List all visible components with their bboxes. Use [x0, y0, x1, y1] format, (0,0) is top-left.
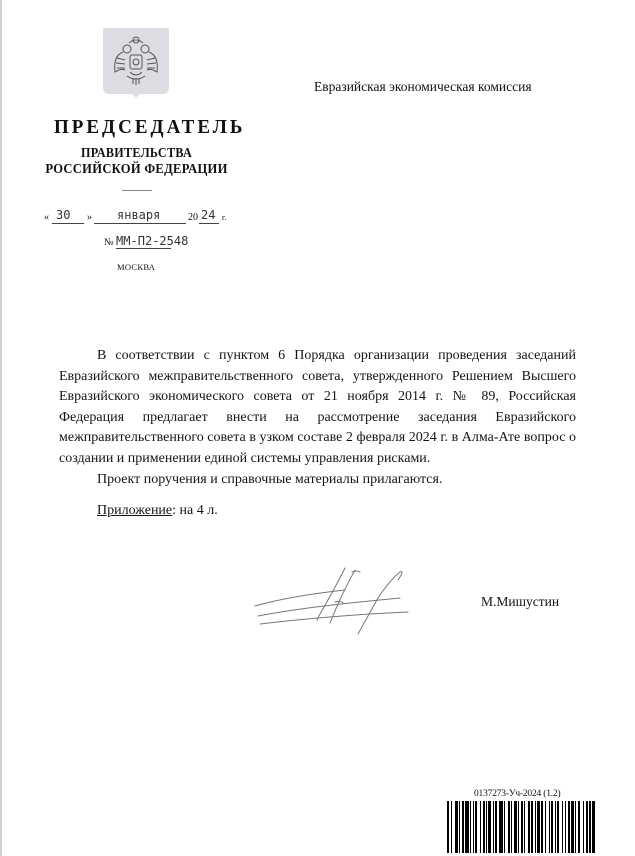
- letterhead-divider: [122, 190, 152, 191]
- number-value: ММ-П2-2548: [116, 234, 188, 248]
- number-underline: [116, 248, 171, 249]
- emblem-tip: [131, 92, 141, 98]
- signer-name: М.Мишустин: [481, 594, 559, 610]
- body-paragraph-2: Проект поручения и справочные материалы …: [59, 470, 576, 491]
- barcode-space: [595, 801, 597, 853]
- number-sign: №: [104, 237, 114, 248]
- date-month-underline: [94, 223, 186, 224]
- letterhead-subtitle-1: ПРАВИТЕЛЬСТВА: [50, 145, 224, 161]
- date-open-quote: «: [44, 212, 49, 223]
- barcode-label: 0137273-Уч-2024 (1.2): [474, 789, 560, 799]
- double-headed-eagle-icon: [103, 28, 169, 94]
- city: МОСКВА: [117, 262, 155, 272]
- attachment-label: Приложение: [97, 503, 172, 518]
- letterhead-title: ПРЕДСЕДАТЕЛЬ: [54, 116, 219, 139]
- letter-body: В соответствии с пунктом 6 Порядка орган…: [59, 346, 576, 522]
- attachment-line: Приложение: на 4 л.: [59, 501, 576, 522]
- date-day: 30: [56, 208, 70, 222]
- date-year-abbr: г.: [222, 213, 226, 222]
- page-left-border: [0, 0, 2, 856]
- date-month: января: [117, 208, 160, 222]
- date-close-quote: »: [87, 212, 92, 223]
- russian-coat-of-arms-icon: [103, 28, 169, 94]
- document-date: « 30 » января 20 24 г.: [44, 208, 234, 228]
- recipient: Евразийская экономическая комиссия: [314, 79, 532, 95]
- document-number: № ММ-П2-2548: [104, 234, 188, 248]
- letterhead-subtitle-2: РОССИЙСКОЙ ФЕДЕРАЦИИ: [44, 162, 229, 178]
- date-year-prefix: 20: [188, 212, 198, 223]
- signature-icon: [250, 558, 420, 638]
- barcode: [447, 801, 619, 853]
- date-year-suffix: 24: [201, 208, 215, 222]
- body-paragraph-1: В соответствии с пунктом 6 Порядка орган…: [59, 346, 576, 470]
- attachment-value: : на 4 л.: [172, 503, 218, 518]
- date-day-underline: [52, 223, 84, 224]
- date-year-underline: [199, 223, 219, 224]
- handwritten-signature: [250, 558, 420, 643]
